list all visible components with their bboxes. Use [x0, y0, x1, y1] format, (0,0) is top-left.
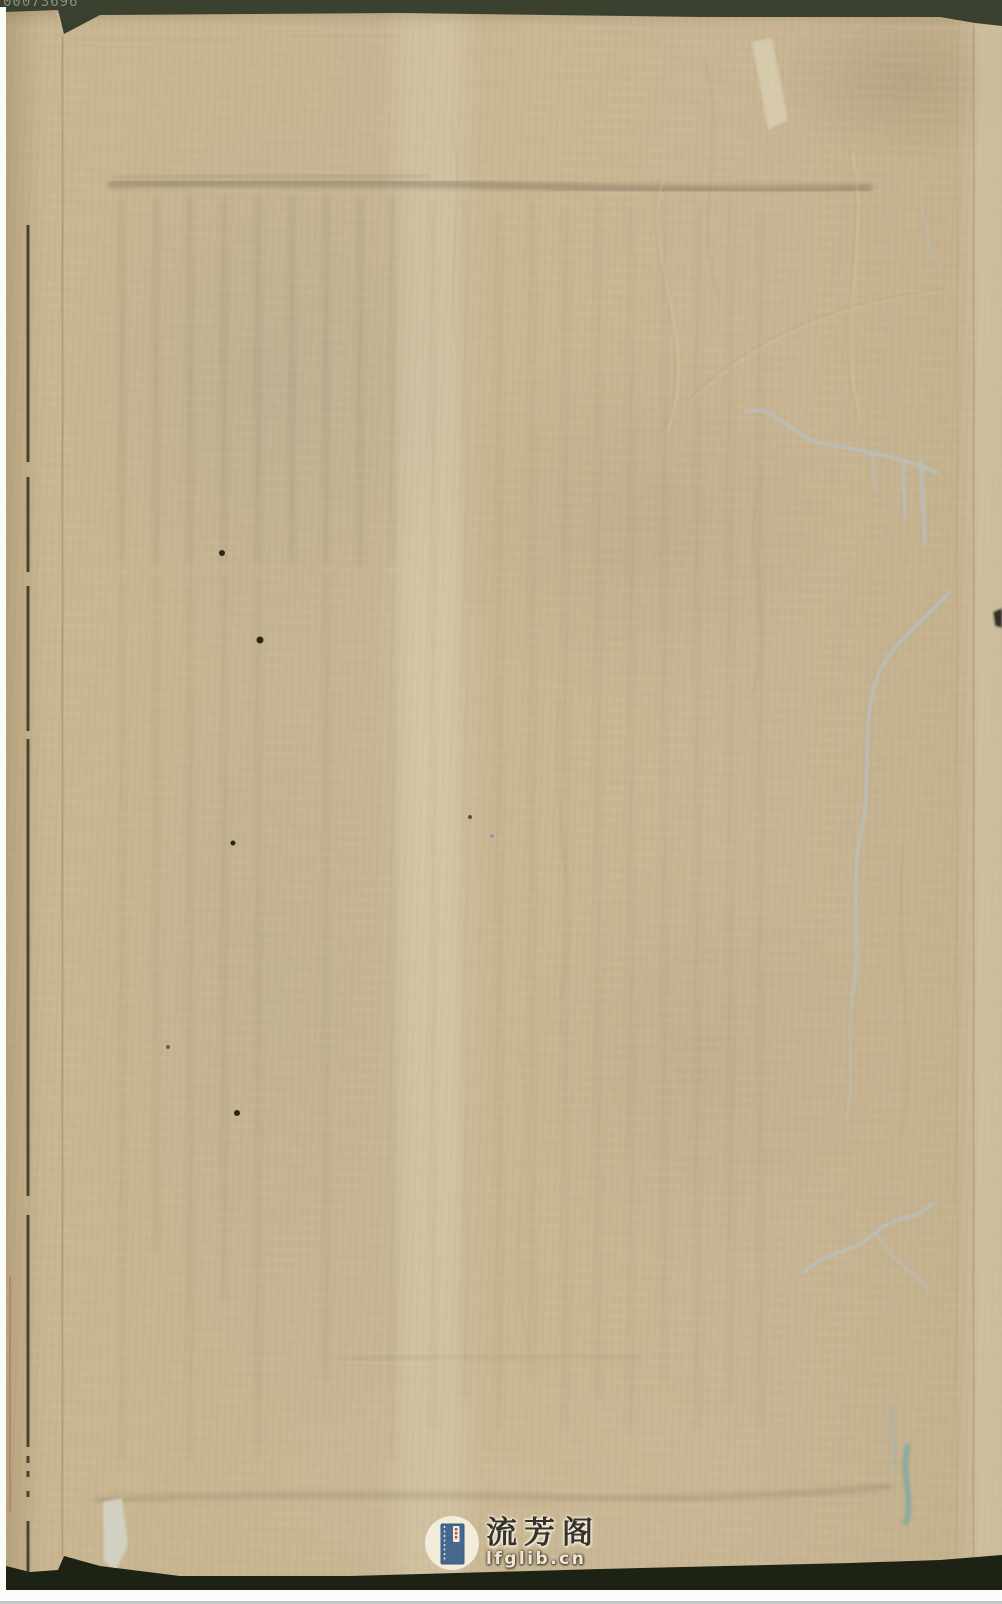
- page-aging-details: [0, 0, 1002, 1604]
- watermark: 流芳阁 lfglib.cn: [424, 1514, 600, 1572]
- watermark-text: 流芳阁 lfglib.cn: [486, 1514, 600, 1568]
- book-page: [0, 0, 1002, 1604]
- thread-bound-book-icon: [424, 1514, 480, 1572]
- watermark-site-name: 流芳阁: [486, 1516, 600, 1550]
- spine-red-line: [10, 1276, 11, 1512]
- wrinkle-layer: [450, 60, 942, 1350]
- torn-patch-layer: [56, 9, 1002, 1572]
- ink-speck-layer: [166, 550, 494, 1116]
- bleed-through-layer: [95, 175, 892, 1500]
- fold-line-layer: [62, 26, 974, 1560]
- scan-id-label: 00073696: [3, 0, 78, 10]
- scanned-book-photo: 00073696 流芳阁 lfglib.cn: [0, 0, 1002, 1604]
- watermark-site-url: lfglib.cn: [486, 1550, 600, 1568]
- crease-tear-layer: [745, 205, 950, 1525]
- scan-frame-left-edge: [0, 7, 6, 1592]
